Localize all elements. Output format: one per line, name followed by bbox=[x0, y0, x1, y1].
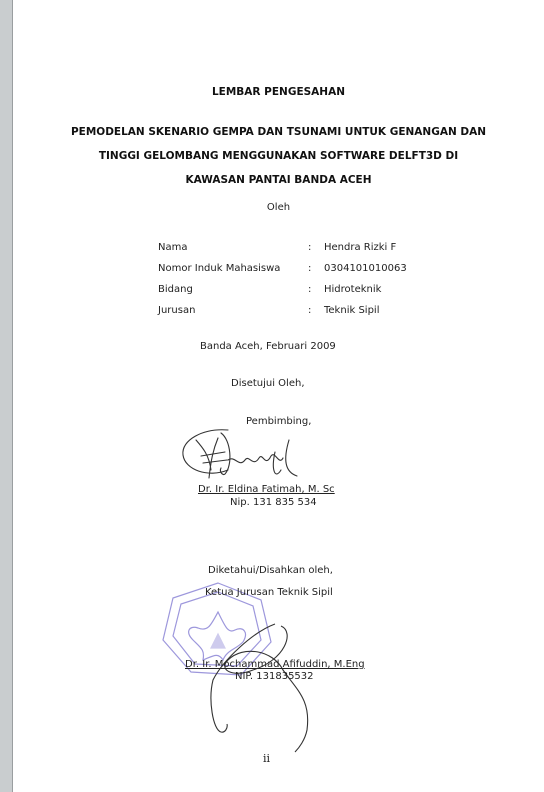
head-name: Dr. Ir. Mochammad Afifuddin, M.Eng bbox=[185, 659, 365, 670]
scan-edge-strip bbox=[0, 0, 13, 792]
head-role: Ketua Jurusan Teknik Sipil bbox=[205, 587, 333, 598]
document-page: LEMBAR PENGESAHAN PEMODELAN SKENARIO GEM… bbox=[13, 0, 544, 792]
acknowledged-by-label: Diketahui/Disahkan oleh, bbox=[208, 565, 333, 576]
page-number: ii bbox=[263, 752, 270, 765]
head-nip: NIP. 131835532 bbox=[235, 671, 314, 682]
